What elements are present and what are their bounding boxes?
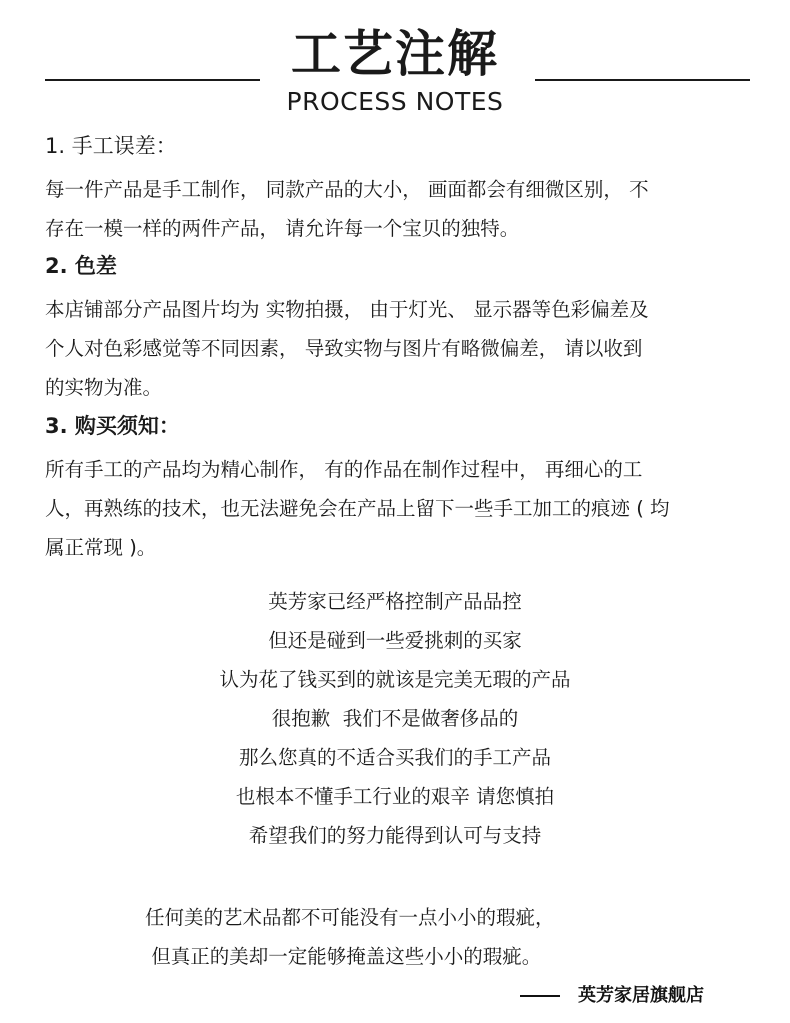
section-heading: 1. 手工误差： bbox=[45, 130, 760, 162]
paragraph-line: 个人对色彩感觉等不同因素， 导致实物与图片有略微偏差， 请以收到 bbox=[45, 329, 760, 368]
section-body: 每一件产品是手工制作， 同款产品的大小， 画面都会有细微区别， 不 存在一模一样… bbox=[45, 170, 760, 248]
page-title: 工艺注解 bbox=[0, 22, 790, 86]
statement-line: 也根本不懂手工行业的艰辛 请您慎拍 bbox=[0, 777, 790, 816]
paragraph-line: 每一件产品是手工制作， 同款产品的大小， 画面都会有细微区别， 不 bbox=[45, 170, 760, 209]
store-signature: 英芳家居旗舰店 bbox=[520, 982, 704, 1010]
section-purchase-notes: 3. 购买须知： 所有手工的产品均为精心制作， 有的作品在制作过程中， 再细心的… bbox=[45, 410, 760, 567]
paragraph-line: 的实物为准。 bbox=[45, 368, 760, 407]
section-handmade-variance: 1. 手工误差： 每一件产品是手工制作， 同款产品的大小， 画面都会有细微区别，… bbox=[45, 130, 760, 248]
section-color-difference: 2. 色差 本店铺部分产品图片均为 实物拍摄， 由于灯光、 显示器等色彩偏差及 … bbox=[45, 250, 760, 407]
signature-text: 英芳家居旗舰店 bbox=[578, 985, 704, 1006]
statement-line: 英芳家已经严格控制产品品控 bbox=[0, 582, 790, 621]
paragraph-line: 所有手工的产品均为精心制作， 有的作品在制作过程中， 再细心的工 bbox=[45, 450, 760, 489]
page-subtitle: PROCESS NOTES bbox=[0, 86, 790, 118]
closing-line: 任何美的艺术品都不可能没有一点小小的瑕疵， bbox=[145, 898, 665, 937]
section-body: 本店铺部分产品图片均为 实物拍摄， 由于灯光、 显示器等色彩偏差及 个人对色彩感… bbox=[45, 290, 760, 407]
paragraph-line: 存在一模一样的两件产品， 请允许每一个宝贝的独特。 bbox=[45, 209, 760, 248]
section-body: 所有手工的产品均为精心制作， 有的作品在制作过程中， 再细心的工 人，再熟练的技… bbox=[45, 450, 760, 567]
statement-line: 很抱歉 我们不是做奢侈品的 bbox=[0, 699, 790, 738]
section-heading: 2. 色差 bbox=[45, 250, 760, 282]
closing-line: 但真正的美却一定能够掩盖这些小小的瑕疵。 bbox=[145, 937, 665, 976]
page-header: 工艺注解 PROCESS NOTES bbox=[0, 22, 790, 122]
statement-line: 但还是碰到一些爱挑刺的买家 bbox=[0, 621, 790, 660]
section-heading: 3. 购买须知： bbox=[45, 410, 760, 442]
paragraph-line: 人，再熟练的技术，也无法避免会在产品上留下一些手工加工的痕迹 ( 均 bbox=[45, 489, 760, 528]
statement-line: 希望我们的努力能得到认可与支持 bbox=[0, 816, 790, 855]
paragraph-line: 属正常现 )。 bbox=[45, 528, 760, 567]
paragraph-line: 本店铺部分产品图片均为 实物拍摄， 由于灯光、 显示器等色彩偏差及 bbox=[45, 290, 760, 329]
store-statement: 英芳家已经严格控制产品品控 但还是碰到一些爱挑刺的买家 认为花了钱买到的就该是完… bbox=[0, 582, 790, 855]
statement-line: 那么您真的不适合买我们的手工产品 bbox=[0, 738, 790, 777]
closing-quote: 任何美的艺术品都不可能没有一点小小的瑕疵， 但真正的美却一定能够掩盖这些小小的瑕… bbox=[145, 898, 665, 976]
statement-line: 认为花了钱买到的就该是完美无瑕的产品 bbox=[0, 660, 790, 699]
signature-dash bbox=[520, 995, 560, 997]
